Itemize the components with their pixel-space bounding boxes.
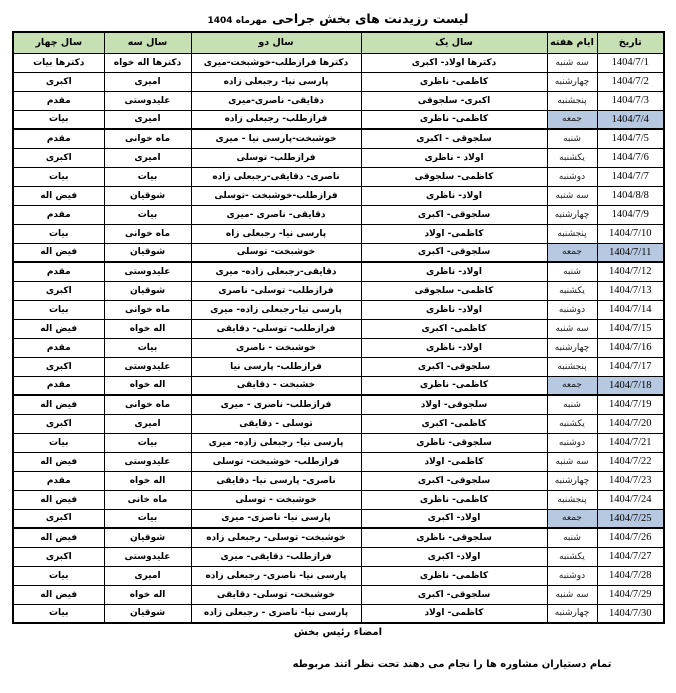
schedule-row: 1404/7/10 پنجشنبه کاظمی- اولاد پارسی نیا… xyxy=(13,224,664,243)
year1-residents-cell: کاظمی- اولاد xyxy=(361,224,547,243)
year1-residents-cell: اولاد- اکبری xyxy=(361,547,547,566)
year4-residents-cell: بیات xyxy=(13,110,104,129)
year2-residents-cell: پارسی نیا- رجبعلی زاه xyxy=(191,224,361,243)
year2-residents-cell: ناصری- دقایقی-رجبعلی زاده xyxy=(191,167,361,186)
year3-residents-cell: امیری xyxy=(104,414,191,433)
year2-residents-cell: پارسی نیا- ناصری - رجبعلی زاده xyxy=(191,604,361,623)
year1-residents-cell: اولاد- ناظری xyxy=(361,262,547,281)
weekday-cell: پنجشنبه xyxy=(547,224,597,243)
weekday-cell: شنبه xyxy=(547,395,597,414)
date-cell: 1404/7/29 xyxy=(597,585,664,604)
year2-residents-cell: فرازطلب- رجبعلی زاده xyxy=(191,110,361,129)
header-date: تاریخ xyxy=(597,32,664,53)
year3-residents-cell: امیری xyxy=(104,148,191,167)
year2-residents-cell: پارسی نیا- رجبعلی زاده- میری xyxy=(191,433,361,452)
date-cell: 1404/7/22 xyxy=(597,452,664,471)
year3-residents-cell: بیات xyxy=(104,433,191,452)
year4-residents-cell: فیض اله xyxy=(13,243,104,262)
schedule-row: 1404/7/29 سه شنبه سلجوقی- اکبری خوشبخت- … xyxy=(13,585,664,604)
year1-residents-cell: کاظمی- ناظری xyxy=(361,566,547,585)
date-cell: 1404/7/9 xyxy=(597,205,664,224)
weekday-cell: شنبه xyxy=(547,129,597,148)
weekday-cell: سه شنبه xyxy=(547,585,597,604)
weekday-cell: دوشنبه xyxy=(547,167,597,186)
year2-residents-cell: دکترها فرازطلب-خوشبخت-میری xyxy=(191,53,361,72)
weekday-cell: دوشنبه xyxy=(547,566,597,585)
year3-residents-cell: ماه خوانی xyxy=(104,395,191,414)
year4-residents-cell: فیض اله xyxy=(13,186,104,205)
year4-residents-cell: دکترها بیات xyxy=(13,53,104,72)
year4-residents-cell: بیات xyxy=(13,300,104,319)
year3-residents-cell: ماه خوانی xyxy=(104,224,191,243)
weekday-cell: چهارشنبه xyxy=(547,604,597,623)
date-cell: 1404/8/8 xyxy=(597,186,664,205)
year1-residents-cell: اولاد- اکبری xyxy=(361,509,547,528)
year4-residents-cell: فیض اله xyxy=(13,585,104,604)
weekday-cell: یکشنبه xyxy=(547,414,597,433)
year3-residents-cell: شوقیان xyxy=(104,281,191,300)
year4-residents-cell: فیض اله xyxy=(13,528,104,547)
year3-residents-cell: ماه خانی xyxy=(104,490,191,509)
signature-line: امضاء رئیس بخش xyxy=(0,627,676,638)
date-cell: 1404/7/24 xyxy=(597,490,664,509)
year4-residents-cell: بیات xyxy=(13,566,104,585)
year2-residents-cell: خشبخت - دقایقی xyxy=(191,376,361,395)
year4-residents-cell: مقدم xyxy=(13,262,104,281)
year2-residents-cell: خوشبخت - ناصری xyxy=(191,338,361,357)
weekday-cell: سه شنبه xyxy=(547,452,597,471)
year4-residents-cell: فیض اله xyxy=(13,395,104,414)
year1-residents-cell: کاظمی- اولاد xyxy=(361,452,547,471)
weekday-cell: جمعه xyxy=(547,376,597,395)
year1-residents-cell: سلجوقی- اکبری xyxy=(361,357,547,376)
weekday-cell: جمعه xyxy=(547,110,597,129)
year4-residents-cell: اکبری xyxy=(13,148,104,167)
year3-residents-cell: ماه خوانی xyxy=(104,129,191,148)
year1-residents-cell: سلجوقی- اکبری xyxy=(361,471,547,490)
year1-residents-cell: سلجوقی- اکبری xyxy=(361,243,547,262)
year3-residents-cell: بیات xyxy=(104,338,191,357)
year2-residents-cell: فرازطلب- دقایقی- میری xyxy=(191,547,361,566)
year1-residents-cell: سلجوقی- ناظری xyxy=(361,433,547,452)
schedule-row: 1404/7/24 پنجشنبه کاظمی- ناظری خوشبخت - … xyxy=(13,490,664,509)
year1-residents-cell: کاظمی- سلجوقی xyxy=(361,281,547,300)
year2-residents-cell: پارسی نیا- ناصری- میری xyxy=(191,509,361,528)
year3-residents-cell: شوقیان xyxy=(104,528,191,547)
schedule-row: 1404/7/26 شنبه سلجوقی- ناظری خوشبخت- توس… xyxy=(13,528,664,547)
schedule-row: 1404/7/21 دوشنبه سلجوقی- ناظری پارسی نیا… xyxy=(13,433,664,452)
weekday-cell: جمعه xyxy=(547,243,597,262)
weekday-cell: چهارشنبه xyxy=(547,205,597,224)
date-cell: 1404/7/11 xyxy=(597,243,664,262)
date-cell: 1404/7/20 xyxy=(597,414,664,433)
date-cell: 1404/7/13 xyxy=(597,281,664,300)
date-cell: 1404/7/25 xyxy=(597,509,664,528)
year3-residents-cell: امیری xyxy=(104,566,191,585)
schedule-row: 1404/7/16 چهارشنبه اولاد- ناظری خوشبخت -… xyxy=(13,338,664,357)
year3-residents-cell: بیات xyxy=(104,509,191,528)
year2-residents-cell: پارسی نیا- رجبعلی زاده xyxy=(191,72,361,91)
year2-residents-cell: فرازطلب- توسلی xyxy=(191,148,361,167)
date-cell: 1404/7/7 xyxy=(597,167,664,186)
year2-residents-cell: فرازطلب-خوشبخت -توسلی xyxy=(191,186,361,205)
weekday-cell: یکشنبه xyxy=(547,148,597,167)
year2-residents-cell: ناصری- پارسی نیا- دقایقی xyxy=(191,471,361,490)
year3-residents-cell: دکترها اله خواه xyxy=(104,53,191,72)
year4-residents-cell: فیض اله xyxy=(13,452,104,471)
year3-residents-cell: اله خواه xyxy=(104,585,191,604)
year1-residents-cell: دکترها اولاد- اکبری xyxy=(361,53,547,72)
date-cell: 1404/7/4 xyxy=(597,110,664,129)
header-year1: سال یک xyxy=(361,32,547,53)
year2-residents-cell: پارسی نیا- ناصری- رجبعلی زاده xyxy=(191,566,361,585)
date-cell: 1404/7/12 xyxy=(597,262,664,281)
weekday-cell: چهارشنبه xyxy=(547,72,597,91)
year2-residents-cell: فرازطلب- توسلی- دقایقی xyxy=(191,319,361,338)
schedule-row: 1404/7/3 پنجشنبه اکبری- سلجوقی دقایقی- ن… xyxy=(13,91,664,110)
year2-residents-cell: دقایقی- ناصری-میری xyxy=(191,91,361,110)
year1-residents-cell: اولاد- ناظری xyxy=(361,338,547,357)
date-cell: 1404/7/10 xyxy=(597,224,664,243)
year1-residents-cell: کاظمی- ناظری xyxy=(361,490,547,509)
year4-residents-cell: فیض اله xyxy=(13,490,104,509)
year1-residents-cell: کاظمی- سلجوقی xyxy=(361,167,547,186)
date-cell: 1404/7/16 xyxy=(597,338,664,357)
date-cell: 1404/7/3 xyxy=(597,91,664,110)
header-year3: سال سه xyxy=(104,32,191,53)
date-cell: 1404/7/1 xyxy=(597,53,664,72)
weekday-cell: سه شنبه xyxy=(547,186,597,205)
year4-residents-cell: بیات xyxy=(13,167,104,186)
year3-residents-cell: شوقیان xyxy=(104,243,191,262)
year3-residents-cell: شوقیان xyxy=(104,604,191,623)
year4-residents-cell: بیات xyxy=(13,604,104,623)
page-title-main: لیست رزیدنت های بخش جراحی xyxy=(272,11,468,26)
weekday-cell: پنجشنبه xyxy=(547,91,597,110)
year2-residents-cell: فرازطلب- ناصری - میری xyxy=(191,395,361,414)
year1-residents-cell: کاظمی- اولاد xyxy=(361,604,547,623)
date-cell: 1404/7/30 xyxy=(597,604,664,623)
year4-residents-cell: اکبری xyxy=(13,357,104,376)
year3-residents-cell: بیات xyxy=(104,167,191,186)
year1-residents-cell: کاظمی- ناظری xyxy=(361,110,547,129)
schedule-row: 1404/7/20 یکشنبه کاظمی- اکبری توسلی - دق… xyxy=(13,414,664,433)
residents-schedule-table: تاریخ ایام هفته سال یک سال دو سال سه سال… xyxy=(12,31,665,624)
year3-residents-cell: علیدوستی xyxy=(104,452,191,471)
year2-residents-cell: خوشبخت- توسلی- رجبعلی زاده xyxy=(191,528,361,547)
year1-residents-cell: اولاد- ناظری xyxy=(361,186,547,205)
date-cell: 1404/7/19 xyxy=(597,395,664,414)
schedule-row: 1404/7/5 شنبه سلجوقی - اکبری خوشبخت-پارس… xyxy=(13,129,664,148)
year4-residents-cell: مقدم xyxy=(13,205,104,224)
weekday-cell: سه شنبه xyxy=(547,53,597,72)
date-cell: 1404/7/5 xyxy=(597,129,664,148)
year2-residents-cell: خوشبخت - توسلی xyxy=(191,490,361,509)
year4-residents-cell: مقدم xyxy=(13,91,104,110)
weekday-cell: چهارشنبه xyxy=(547,338,597,357)
page: لیست رزیدنت های بخش جراحی مهرماه 1404 تا… xyxy=(0,0,676,693)
page-title: لیست رزیدنت های بخش جراحی مهرماه 1404 xyxy=(0,8,676,27)
year4-residents-cell: بیات xyxy=(13,433,104,452)
year2-residents-cell: توسلی - دقایقی xyxy=(191,414,361,433)
schedule-row: 1404/7/7 دوشنبه کاظمی- سلجوقی ناصری- دقا… xyxy=(13,167,664,186)
schedule-row: 1404/7/13 یکشنبه کاظمی- سلجوقی فرازطلب- … xyxy=(13,281,664,300)
schedule-row: 1404/7/22 سه شنبه کاظمی- اولاد فرازطلب- … xyxy=(13,452,664,471)
schedule-row: 1404/7/18 جمعه کاظمی- ناظری خشبخت - دقای… xyxy=(13,376,664,395)
date-cell: 1404/7/26 xyxy=(597,528,664,547)
schedule-row: 1404/7/9 چهارشنبه سلجوقی- اکبری دقایقی- … xyxy=(13,205,664,224)
year3-residents-cell: ماه خوانی xyxy=(104,300,191,319)
year3-residents-cell: امیری xyxy=(104,72,191,91)
date-cell: 1404/7/27 xyxy=(597,547,664,566)
date-cell: 1404/7/21 xyxy=(597,433,664,452)
year3-residents-cell: اله خواه xyxy=(104,376,191,395)
year3-residents-cell: بیات xyxy=(104,205,191,224)
year3-residents-cell: علیدوستی xyxy=(104,262,191,281)
weekday-cell: دوشنبه xyxy=(547,300,597,319)
year1-residents-cell: اکبری- سلجوقی xyxy=(361,91,547,110)
year4-residents-cell: مقدم xyxy=(13,338,104,357)
date-cell: 1404/7/28 xyxy=(597,566,664,585)
year4-residents-cell: مقدم xyxy=(13,471,104,490)
year2-residents-cell: دقایقی- ناصری -میری xyxy=(191,205,361,224)
schedule-row: 1404/7/2 چهارشنبه کاظمی- ناظری پارسی نیا… xyxy=(13,72,664,91)
year3-residents-cell: امیری xyxy=(104,110,191,129)
date-cell: 1404/7/23 xyxy=(597,471,664,490)
header-weekday: ایام هفته xyxy=(547,32,597,53)
header-year2: سال دو xyxy=(191,32,361,53)
year2-residents-cell: فرازطلب- پارسی نیا xyxy=(191,357,361,376)
weekday-cell: چهارشنبه xyxy=(547,471,597,490)
year1-residents-cell: کاظمی- اکبری xyxy=(361,319,547,338)
year4-residents-cell: اکبری xyxy=(13,547,104,566)
year4-residents-cell: اکبری xyxy=(13,72,104,91)
header-row: تاریخ ایام هفته سال یک سال دو سال سه سال… xyxy=(13,32,664,53)
schedule-table-header: تاریخ ایام هفته سال یک سال دو سال سه سال… xyxy=(13,32,664,53)
year3-residents-cell: اله خواه xyxy=(104,471,191,490)
year1-residents-cell: اولاد - ناظری xyxy=(361,148,547,167)
schedule-row: 1404/7/17 پنجشنبه سلجوقی- اکبری فرازطلب-… xyxy=(13,357,664,376)
schedule-row: 1404/7/15 سه شنبه کاظمی- اکبری فرازطلب- … xyxy=(13,319,664,338)
schedule-row: 1404/7/6 یکشنبه اولاد - ناظری فرازطلب- ت… xyxy=(13,148,664,167)
year1-residents-cell: سلجوقی- اکبری xyxy=(361,585,547,604)
weekday-cell: پنجشنبه xyxy=(547,357,597,376)
year2-residents-cell: خوشبخت-پارسی نیا - میری xyxy=(191,129,361,148)
schedule-row: 1404/8/8 سه شنبه اولاد- ناظری فرازطلب-خو… xyxy=(13,186,664,205)
year1-residents-cell: کاظمی- ناظری xyxy=(361,72,547,91)
year2-residents-cell: فرازطلب- خوشبخت- توسلی xyxy=(191,452,361,471)
schedule-row: 1404/7/19 شنبه سلجوقی- اولاد فرازطلب- نا… xyxy=(13,395,664,414)
weekday-cell: جمعه xyxy=(547,509,597,528)
year2-residents-cell: فرازطلب- توسلی- ناصری xyxy=(191,281,361,300)
consult-note: تمام دستیاران مشاوره ها را نجام می دهند … xyxy=(114,659,676,670)
year1-residents-cell: سلجوقی - اکبری xyxy=(361,129,547,148)
schedule-row: 1404/7/12 شنبه اولاد- ناظری دقایقی-رجبعل… xyxy=(13,262,664,281)
year1-residents-cell: سلجوقی- ناظری xyxy=(361,528,547,547)
year2-residents-cell: خوشبخت- توسلی xyxy=(191,243,361,262)
date-cell: 1404/7/14 xyxy=(597,300,664,319)
year4-residents-cell: مقدم xyxy=(13,376,104,395)
header-year4: سال چهار xyxy=(13,32,104,53)
weekday-cell: یکشنبه xyxy=(547,547,597,566)
weekday-cell: شنبه xyxy=(547,528,597,547)
weekday-cell: سه شنبه xyxy=(547,319,597,338)
date-cell: 1404/7/18 xyxy=(597,376,664,395)
year4-residents-cell: اکبری xyxy=(13,281,104,300)
schedule-row: 1404/7/14 دوشنبه اولاد- ناظری پارسی نیا-… xyxy=(13,300,664,319)
year3-residents-cell: اله خواه xyxy=(104,319,191,338)
year3-residents-cell: علیدوستی xyxy=(104,357,191,376)
year4-residents-cell: اکبری xyxy=(13,509,104,528)
schedule-row: 1404/7/1 سه شنبه دکترها اولاد- اکبری دکت… xyxy=(13,53,664,72)
schedule-table-body: 1404/7/1 سه شنبه دکترها اولاد- اکبری دکت… xyxy=(13,53,664,623)
year3-residents-cell: شوقیان xyxy=(104,186,191,205)
date-cell: 1404/7/2 xyxy=(597,72,664,91)
year3-residents-cell: علیدوستی xyxy=(104,547,191,566)
year4-residents-cell: فیض اله xyxy=(13,319,104,338)
year1-residents-cell: اولاد- ناظری xyxy=(361,300,547,319)
year1-residents-cell: کاظمی- ناظری xyxy=(361,376,547,395)
year2-residents-cell: خوشبخت- توسلی- دقایقی xyxy=(191,585,361,604)
date-cell: 1404/7/15 xyxy=(597,319,664,338)
year2-residents-cell: پارسی نیا-رجبعلی زاده- میری xyxy=(191,300,361,319)
weekday-cell: شنبه xyxy=(547,262,597,281)
page-title-month: مهرماه 1404 xyxy=(208,16,268,26)
weekday-cell: یکشنبه xyxy=(547,281,597,300)
year4-residents-cell: مقدم xyxy=(13,129,104,148)
year2-residents-cell: دقایقی-رجبعلی زاده- میری xyxy=(191,262,361,281)
date-cell: 1404/7/17 xyxy=(597,357,664,376)
year1-residents-cell: سلجوقی- اولاد xyxy=(361,395,547,414)
schedule-row: 1404/7/23 چهارشنبه سلجوقی- اکبری ناصری- … xyxy=(13,471,664,490)
year4-residents-cell: بیات xyxy=(13,224,104,243)
weekday-cell: دوشنبه xyxy=(547,433,597,452)
schedule-row: 1404/7/30 چهارشنبه کاظمی- اولاد پارسی نی… xyxy=(13,604,664,623)
weekday-cell: پنجشنبه xyxy=(547,490,597,509)
schedule-row: 1404/7/25 جمعه اولاد- اکبری پارسی نیا- ن… xyxy=(13,509,664,528)
schedule-row: 1404/7/4 جمعه کاظمی- ناظری فرازطلب- رجبع… xyxy=(13,110,664,129)
year3-residents-cell: علیدوستی xyxy=(104,91,191,110)
schedule-row: 1404/7/27 یکشنبه اولاد- اکبری فرازطلب- د… xyxy=(13,547,664,566)
year1-residents-cell: سلجوقی- اکبری xyxy=(361,205,547,224)
schedule-row: 1404/7/11 جمعه سلجوقی- اکبری خوشبخت- توس… xyxy=(13,243,664,262)
year4-residents-cell: اکبری xyxy=(13,414,104,433)
year1-residents-cell: کاظمی- اکبری xyxy=(361,414,547,433)
schedule-row: 1404/7/28 دوشنبه کاظمی- ناظری پارسی نیا-… xyxy=(13,566,664,585)
date-cell: 1404/7/6 xyxy=(597,148,664,167)
